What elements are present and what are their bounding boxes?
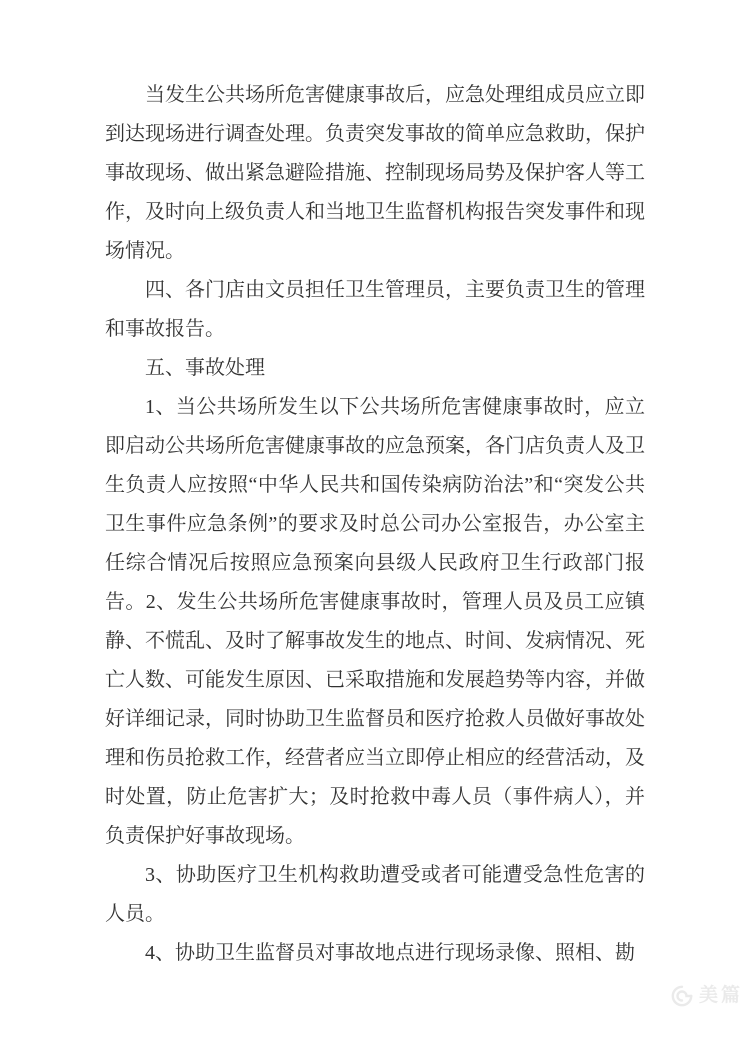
paragraph: 五、事故处理 <box>105 349 645 388</box>
paragraph: 1、当公共场所发生以下公共场所危害健康事故时，应立即启动公共场所危害健康事故的应… <box>105 388 645 856</box>
paragraph: 4、协助卫生监督员对事故地点进行现场录像、照相、勘 <box>105 934 645 973</box>
meipian-swirl-icon <box>670 984 694 1008</box>
paragraph: 四、各门店由文员担任卫生管理员，主要负责卫生的管理和事故报告。 <box>105 271 645 349</box>
watermark-label: 美篇 <box>699 984 743 1008</box>
paragraph: 当发生公共场所危害健康事故后，应急处理组成员应立即到达现场进行调查处理。负责突发… <box>105 76 645 271</box>
paragraph: 3、协助医疗卫生机构救助遭受或者可能遭受急性危害的人员。 <box>105 856 645 934</box>
meipian-watermark: 美篇 <box>670 984 743 1008</box>
document-page: 当发生公共场所危害健康事故后，应急处理组成员应立即到达现场进行调查处理。负责突发… <box>0 0 750 1061</box>
document-body-text: 当发生公共场所危害健康事故后，应急处理组成员应立即到达现场进行调查处理。负责突发… <box>105 76 645 973</box>
